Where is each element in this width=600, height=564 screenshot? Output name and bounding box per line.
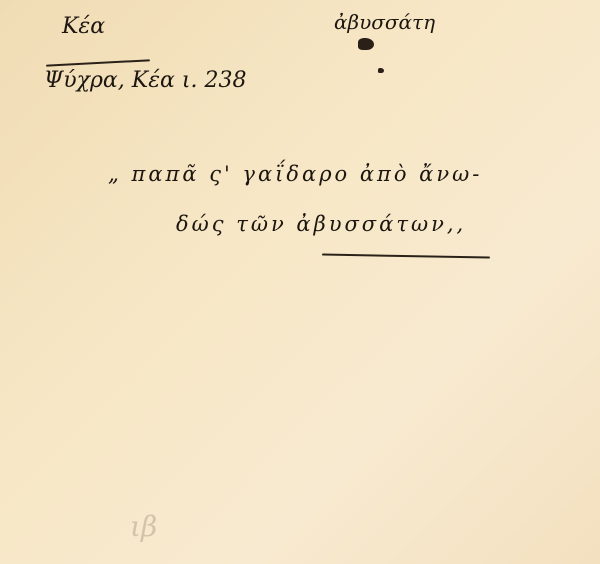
quote-line-2: δώς τῶν ἀβυσσάτων,, — [176, 212, 466, 236]
headword-underline — [46, 59, 150, 66]
headword: Κέα — [62, 14, 105, 39]
index-card: Κέα ἀβυσσάτη Ψύχρα, Κέα ι. 238 „ παπᾶ ς'… — [0, 0, 600, 564]
quote-line-1: „ παπᾶ ς' γαΐδαρο ἀπὸ ἄνω- — [108, 162, 482, 186]
faint-mark: ιβ — [130, 510, 157, 543]
ink-blot — [378, 68, 384, 73]
keyword-top-right: ἀβυσσάτη — [334, 10, 435, 34]
source-reference: Ψύχρα, Κέα ι. 238 — [44, 68, 246, 93]
keyword-underline — [322, 254, 490, 258]
ink-blot — [358, 38, 374, 50]
